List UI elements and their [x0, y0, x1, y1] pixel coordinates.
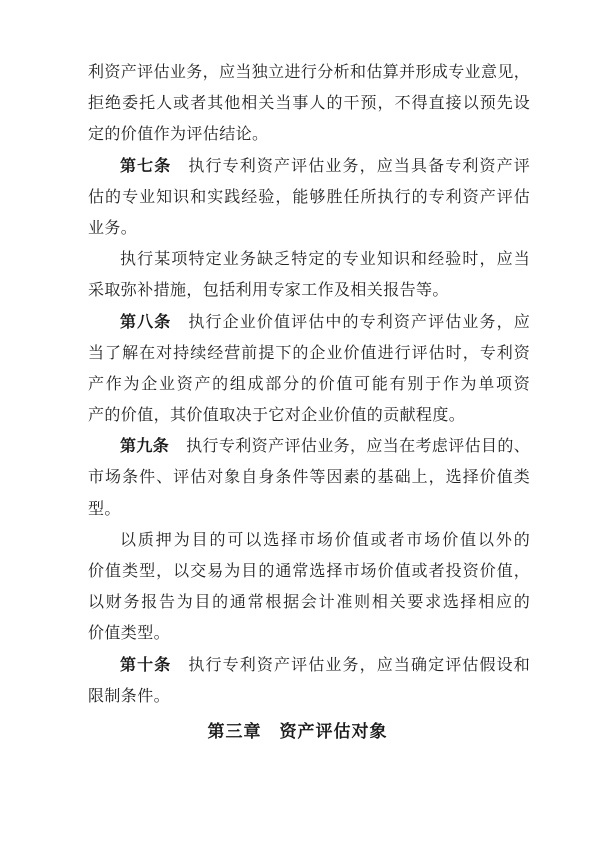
text-line: 利资产评估业务，应当独立进行分析和估算并形成专业意见， [88, 56, 530, 87]
text-line: 以财务报告为目的通常根据会计准则相关要求选择相应的 [88, 586, 530, 617]
text-line: 第七条执行专利资产评估业务，应当具备专利资产评 [88, 150, 530, 181]
text-line: 估的专业知识和实践经验，能够胜任所执行的专利资产评估 [88, 181, 530, 212]
text-line: 拒绝委托人或者其他相关当事人的干预，不得直接以预先设 [88, 87, 530, 118]
chapter-heading: 第三章 资产评估对象 [0, 717, 595, 748]
text-line: 第十条执行专利资产评估业务，应当确定评估假设和 [88, 649, 530, 680]
text-line: 以质押为目的可以选择市场价值或者市场价值以外的 [88, 524, 530, 555]
text-line: 当了解在对持续经营前提下的企业价值进行评估时，专利资 [88, 337, 530, 368]
article-number: 第十条 [120, 655, 171, 674]
article-number: 第九条 [120, 436, 169, 455]
text-line: 业务。 [88, 212, 530, 243]
text-line: 第九条执行专利资产评估业务，应当在考虑评估目的、 [88, 430, 530, 461]
text-line: 定的价值作为评估结论。 [88, 118, 530, 149]
text-line: 市场条件、评估对象自身条件等因素的基础上，选择价值类 [88, 461, 530, 492]
text-line: 价值类型。 [88, 617, 530, 648]
text-line: 采取弥补措施，包括利用专家工作及相关报告等。 [88, 274, 530, 305]
text-line: 价值类型，以交易为目的通常选择市场价值或者投资价值， [88, 555, 530, 586]
article-number: 第七条 [120, 156, 171, 175]
text-line: 执行某项特定业务缺乏特定的专业知识和经验时，应当 [88, 243, 530, 274]
text-line: 产的价值，其价值取决于它对企业价值的贡献程度。 [88, 399, 530, 430]
text-line: 第八条执行企业价值评估中的专利资产评估业务，应 [88, 306, 530, 337]
text-line: 产作为企业资产的组成部分的价值可能有别于作为单项资 [88, 368, 530, 399]
text-line: 限制条件。 [88, 680, 530, 711]
document-page: 利资产评估业务，应当独立进行分析和估算并形成专业意见，拒绝委托人或者其他相关当事… [0, 0, 595, 841]
document-text-block: 利资产评估业务，应当独立进行分析和估算并形成专业意见，拒绝委托人或者其他相关当事… [88, 56, 530, 711]
text-line: 型。 [88, 493, 530, 524]
article-number: 第八条 [120, 312, 171, 331]
